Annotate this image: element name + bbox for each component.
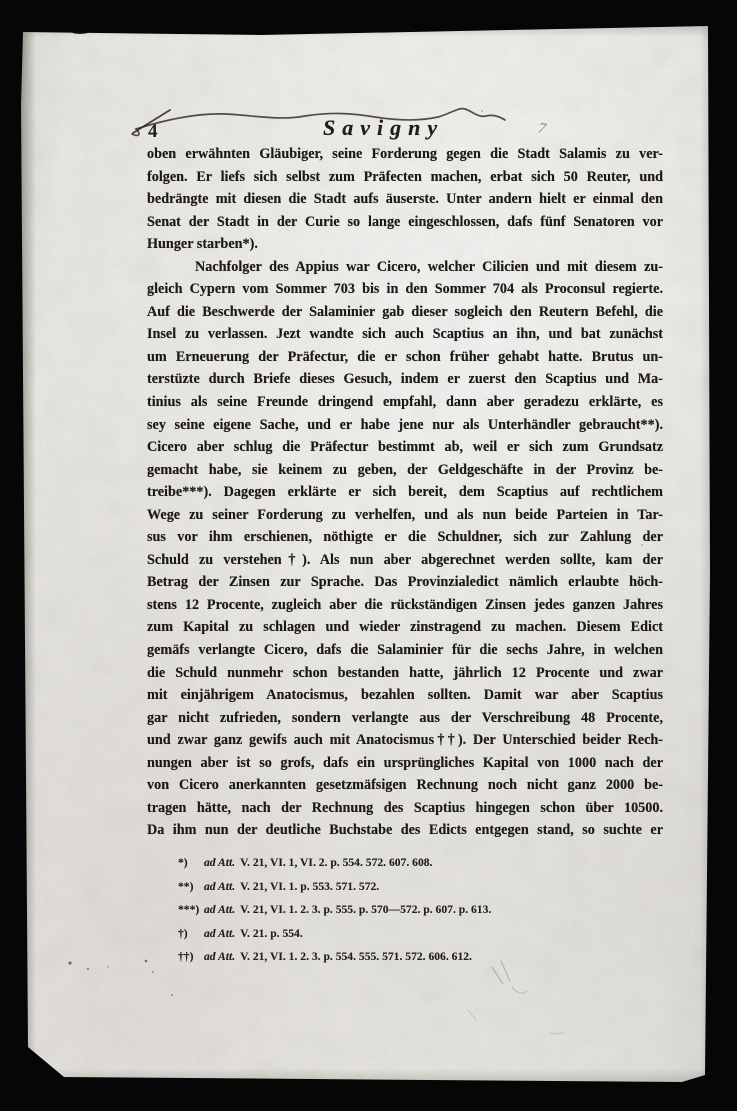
running-title: Savigny — [323, 115, 444, 141]
text-line: Nachfolger des Appius war Cicero, welche… — [147, 256, 663, 279]
text-line: terstüzte durch Briefe dieses Gesuch, in… — [147, 368, 663, 391]
text-line: tinius als seine Freunde dringend empfah… — [147, 391, 663, 414]
text-line: gemacht habe, sie keinem zu geben, der G… — [147, 459, 663, 482]
text-line: Betrag der Zinsen zur Sprache. Das Provi… — [147, 571, 663, 594]
footnote-refs: V. 21, VI. 1. 2. 3. p. 555. p. 570—572. … — [240, 903, 491, 916]
footnote-row: **)ad Att.V. 21, VI. 1. p. 553. 571. 572… — [178, 875, 648, 899]
footnote-source: ad Att. — [204, 903, 235, 916]
text-line: treibe***). Dagegen erklärte er sich ber… — [147, 481, 663, 504]
footnote-refs: V. 21, VI. 1, VI. 2. p. 554. 572. 607. 6… — [240, 856, 432, 869]
page-scan: 4 Savigny 7 — [20, 25, 710, 1082]
footnote-row: †)ad Att.V. 21. p. 554. — [178, 922, 648, 946]
text-line: Senat der Stadt in der Curie so lange ei… — [147, 211, 663, 234]
text-line: gemäfs verlangte Cicero, dafs die Salami… — [147, 639, 663, 662]
text-line: und zwar ganz gewifs auch mit Anatocismu… — [147, 729, 663, 752]
footnote-symbol: *) — [178, 851, 200, 875]
text-line: gar nicht zufrieden, sondern verlangte a… — [147, 707, 663, 730]
footnote-row: *)ad Att.V. 21, VI. 1, VI. 2. p. 554. 57… — [178, 851, 648, 875]
scanned-book-page: { "header": { "page_number": "4", "runni… — [0, 0, 737, 1111]
footnote-source: ad Att. — [204, 880, 235, 893]
text-line: folgen. Er liefs sich selbst zum Präfect… — [147, 166, 663, 189]
text-line: die Schuld nunmehr schon bestanden hatte… — [147, 662, 663, 685]
text-line: Auf die Beschwerde der Salaminier gab di… — [147, 301, 663, 324]
text-line: Insel zu verlassen. Jezt wandte sich auc… — [147, 323, 663, 346]
footnote-symbol: **) — [178, 875, 200, 899]
footnotes-section: *)ad Att.V. 21, VI. 1, VI. 2. p. 554. 57… — [178, 851, 648, 969]
footnote-refs: V. 21, VI. 1. p. 553. 571. 572. — [240, 880, 379, 893]
text-line: sus vor ihm erschienen, nöthigte er die … — [147, 526, 663, 549]
text-line: Da ihm nun der deutliche Buchstabe des E… — [147, 819, 663, 842]
text-line: zum Kapital zu schlagen und wieder zinst… — [147, 616, 663, 639]
footnote-symbol: ***) — [178, 898, 200, 922]
text-line: Wege zu seiner Forderung zu verhelfen, u… — [147, 504, 663, 527]
text-line: Hunger starben*). — [147, 233, 663, 256]
text-line: stens 12 Procente, zugleich aber die rüc… — [147, 594, 663, 617]
page-number: 4 — [148, 121, 158, 143]
footnote-source: ad Att. — [204, 950, 235, 963]
text-line: um Erneuerung der Präfectur, die er scho… — [147, 346, 663, 369]
body-text: oben erwähnten Gläubiger, seine Forderun… — [147, 143, 663, 842]
text-line: mit einjährigem Anatocismus, bezahlen so… — [147, 684, 663, 707]
text-line: nungen aber ist so grofs, dafs ein urspr… — [147, 752, 663, 775]
footnote-refs: V. 21. p. 554. — [240, 927, 303, 940]
text-line: von Cicero anerkannten gesetzmäfsigen Re… — [147, 774, 663, 797]
footnote-refs: V. 21, VI. 1. 2. 3. p. 554. 555. 571. 57… — [240, 950, 472, 963]
footnote-row: ***)ad Att.V. 21, VI. 1. 2. 3. p. 555. p… — [178, 898, 648, 922]
text-line: Cicero aber schlug die Präfectur bestimm… — [147, 436, 663, 459]
text-line: tragen hätte, nach der Rechnung des Scap… — [147, 797, 663, 820]
text-line: sey seine eigene Sache, und er habe jene… — [147, 414, 663, 437]
footnote-symbol: †) — [178, 922, 200, 946]
text-line: Schuld zu verstehen†). Als nun aber abge… — [147, 549, 663, 572]
text-line: oben erwähnten Gläubiger, seine Forderun… — [147, 143, 663, 166]
footnote-symbol: ††) — [178, 945, 200, 969]
handwritten-corner-mark: 7 — [537, 120, 547, 138]
pencil-smudge — [468, 961, 564, 1034]
text-line: gleich Cypern vom Sommer 703 bis in den … — [147, 278, 663, 301]
text-line: bedrängte mit diesen die Stadt aufs äuse… — [147, 188, 663, 211]
footnote-row: ††)ad Att.V. 21, VI. 1. 2. 3. p. 554. 55… — [178, 945, 648, 969]
footnote-source: ad Att. — [204, 927, 235, 940]
footnote-source: ad Att. — [204, 856, 235, 869]
